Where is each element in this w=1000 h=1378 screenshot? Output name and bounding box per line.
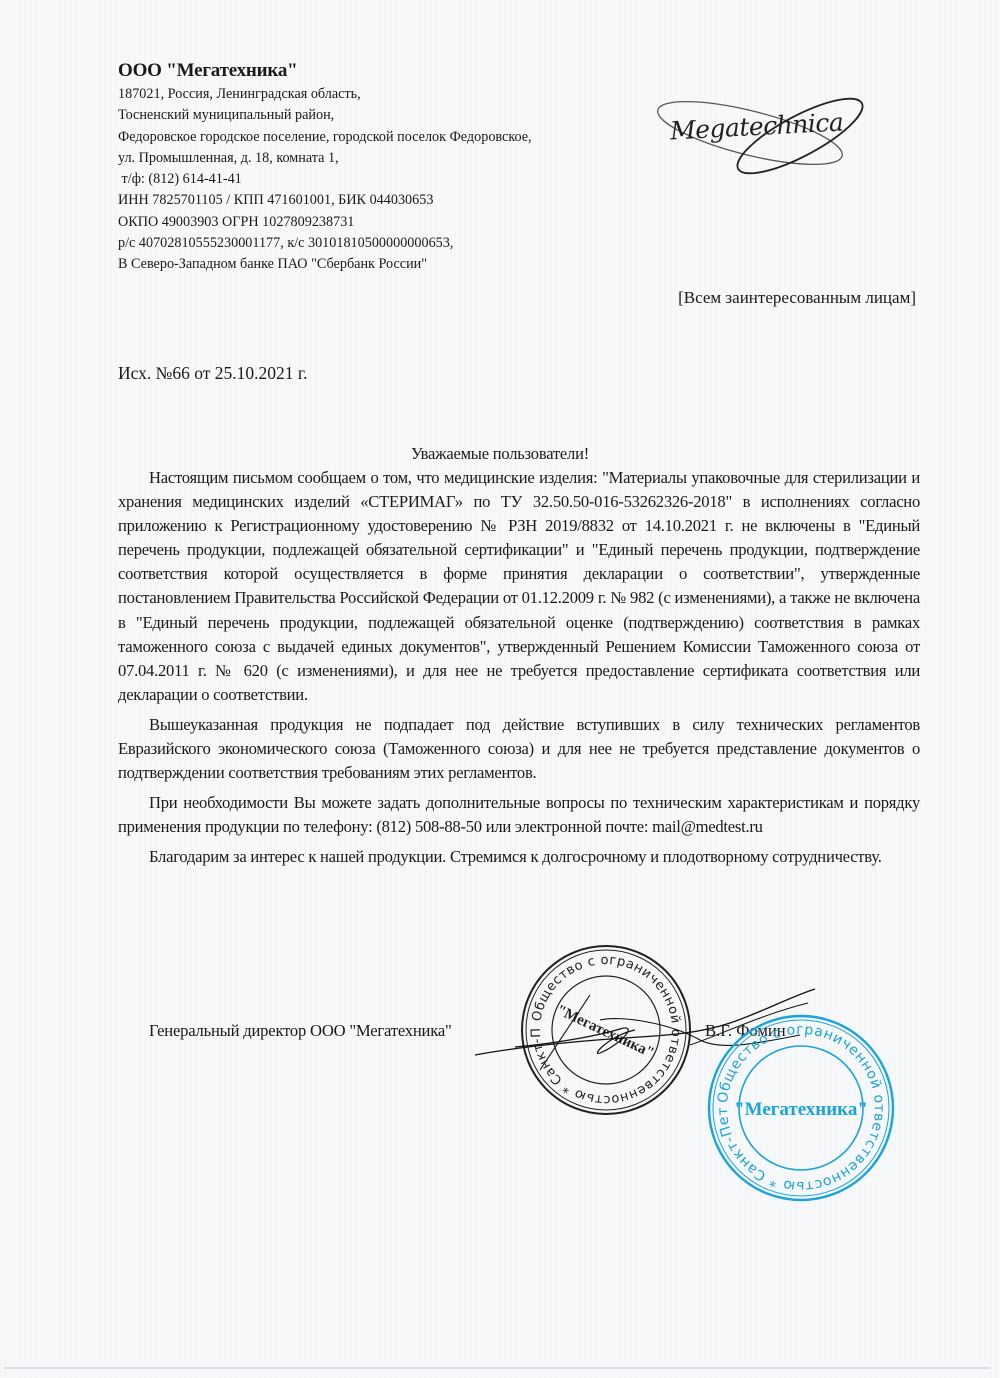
outgoing-reference: Исх. №66 от 25.10.2021 г.	[118, 363, 308, 384]
signatory-title: Генеральный директор ООО "Мегатехника"	[149, 1021, 452, 1041]
company-name: ООО "Мегатехника"	[118, 58, 532, 84]
company-seal-blue: Общество с ограниченной ответственностью…	[705, 1012, 897, 1204]
address-line: Тосненский муниципальный район,	[118, 105, 532, 126]
bank-name-line: В Северо-Западном банке ПАО "Сбербанк Ро…	[118, 254, 532, 275]
addressee: [Всем заинтересованным лицам]	[678, 288, 916, 308]
greeting: Уважаемые пользователи!	[0, 444, 1000, 464]
address-line: ул. Промышленная, д. 18, комната 1,	[118, 148, 532, 169]
address-line: Федоровское городское поселение, городск…	[118, 127, 532, 148]
paragraph: Настоящим письмом сообщаем о том, что ме…	[118, 466, 920, 707]
paragraph: Вышеуказанная продукция не подпадает под…	[118, 713, 920, 785]
svg-text:"Мегатехника": "Мегатехника"	[734, 1099, 868, 1120]
scanned-letter-page: ООО "Мегатехника" 187021, Россия, Ленинг…	[0, 0, 1000, 1378]
page-edge	[4, 1367, 990, 1369]
phone-line: т/ф: (812) 614-41-41	[118, 169, 532, 190]
letter-body: Настоящим письмом сообщаем о том, что ме…	[118, 466, 920, 870]
address-line: 187021, Россия, Ленинградская область,	[118, 84, 532, 105]
seal-icon: Общество с ограниченной ответственностью…	[705, 1012, 897, 1204]
registration-line: ОКПО 49003903 ОГРН 1027809238731	[118, 212, 532, 233]
company-logo: Megatechnica	[650, 78, 880, 188]
bank-account-line: р/с 40702810555230001177, к/с 3010181050…	[118, 233, 532, 254]
tax-ids-line: ИНН 7825701105 / КПП 471601001, БИК 0440…	[118, 190, 532, 211]
letterhead: ООО "Мегатехника" 187021, Россия, Ленинг…	[118, 58, 532, 276]
paragraph: При необходимости Вы можете задать допол…	[118, 791, 920, 839]
paragraph: Благодарим за интерес к нашей продукции.…	[118, 845, 920, 869]
